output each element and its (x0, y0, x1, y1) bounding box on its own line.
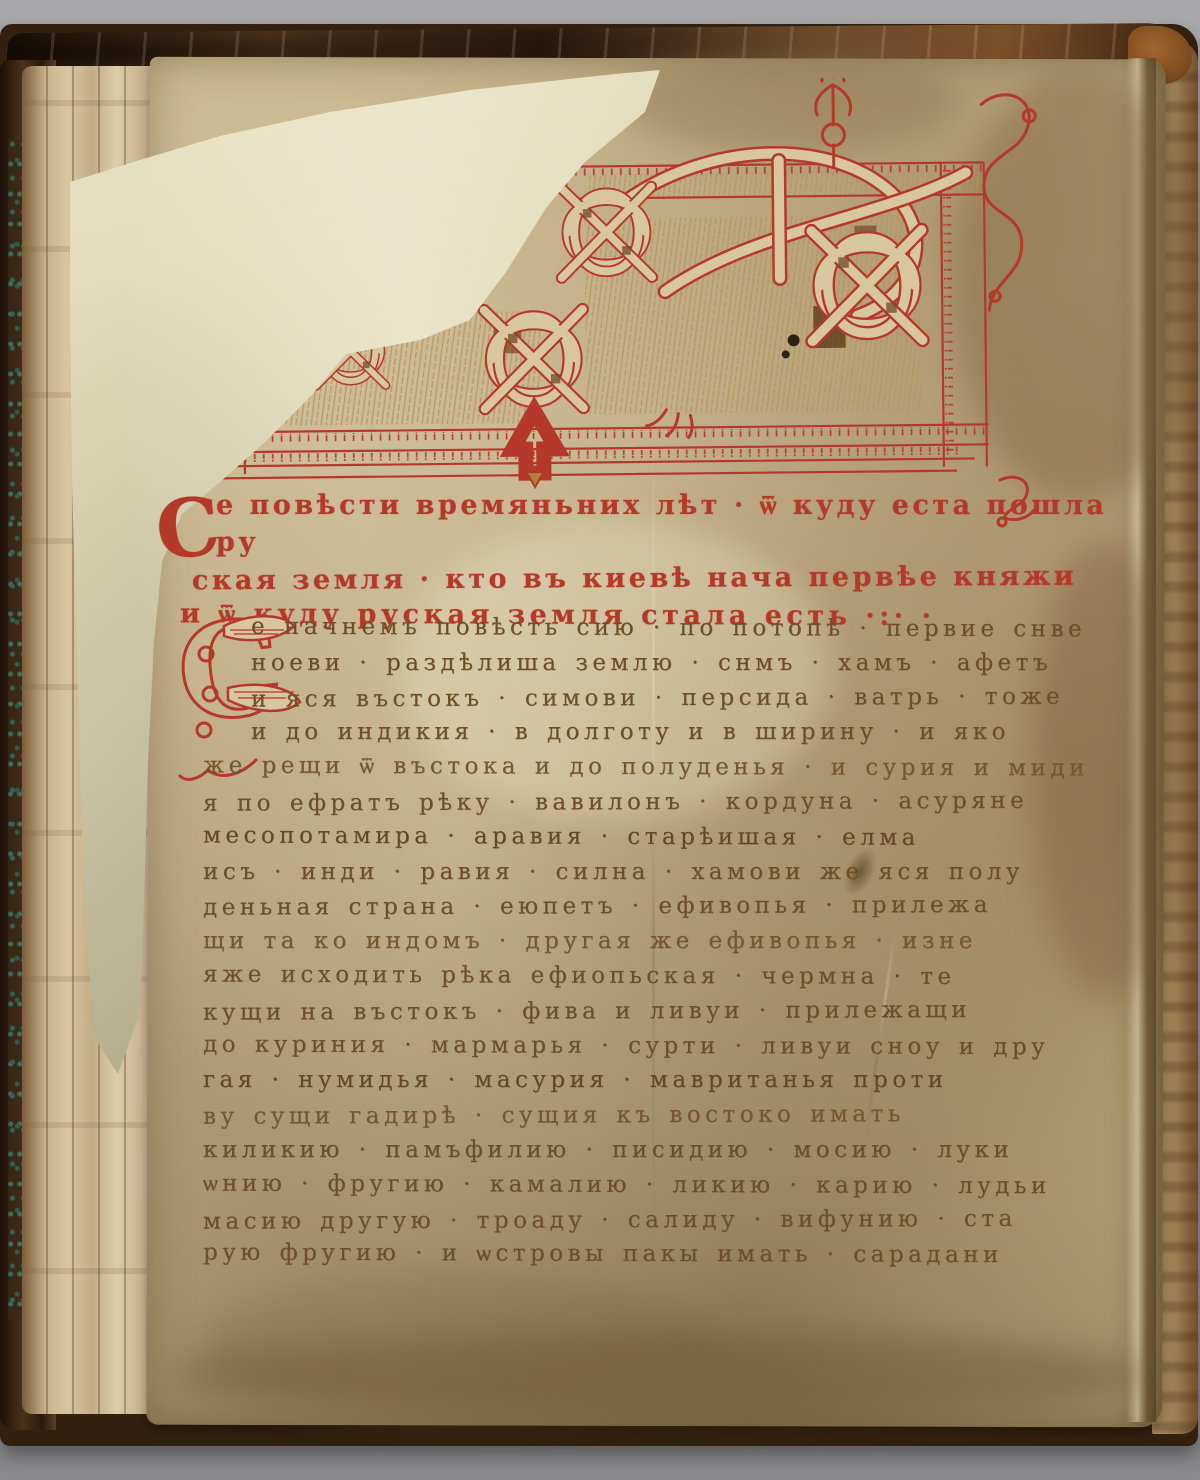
body-line: кущи на въстокъ · фива и ливуи · прилежа… (203, 992, 1153, 1030)
body-line: месопотамира · аравия · старѣишая · елма (203, 818, 1153, 856)
body-line: яже исходить рѣка ефиопьская · чермна · … (203, 957, 1153, 995)
knot-upper (561, 187, 652, 278)
body-line: ноеви · раздѣлиша землю · снмъ · хамъ · … (203, 646, 1153, 681)
body-line: и до индикия · в долготу и в ширину · и … (203, 715, 1153, 750)
body-line: гая · нумидья · масурия · мавританья про… (203, 1063, 1153, 1098)
body-line: до куриния · мармарья · сурти · ливуи сн… (203, 1027, 1153, 1065)
body-line: деньная страна · еюпетъ · ефивопья · при… (203, 888, 1153, 926)
knot-center (484, 309, 584, 409)
body-line: я по ефратъ рѣку · вавилонъ · кордуна · … (203, 783, 1153, 821)
scroll-flourish (981, 94, 1037, 310)
body-line: е начнемъ повѣсть сию · по потопѣ · перв… (203, 610, 1153, 648)
margin-flourish (980, 470, 1050, 540)
body-text-block: е начнемъ повѣсть сию · по потопѣ · перв… (203, 611, 1153, 1272)
body-line: ву сущи гадирѣ · сущия къ востоко имать (203, 1096, 1153, 1134)
body-line: же рещи ѿ въстока и до полуденья · и сур… (203, 749, 1153, 787)
body-line: ѡнию · фругию · камалию · ликию · карию … (203, 1166, 1153, 1204)
rubric-initial-letter: С (153, 489, 226, 567)
photo-backdrop: С е повѣсти времяньних лѣт · ѿ куду еста… (0, 0, 1200, 1480)
knot-right (811, 230, 922, 341)
body-line: щи та ко индомъ · другая же ефивопья · и… (203, 924, 1153, 959)
body-line: масию другую · троаду · салиду · вифунию… (203, 1201, 1153, 1239)
parchment-stain (170, 1330, 1150, 1420)
body-line: рую фругию · и ѡстровы пакы имать · сара… (203, 1236, 1153, 1274)
body-line: и яся въстокъ · симови · персида · ватрь… (203, 679, 1153, 717)
body-line: киликию · памъфилию · писидию · мосию · … (203, 1133, 1153, 1168)
body-line: исъ · инди · равия · силна · хамови же я… (203, 855, 1153, 890)
